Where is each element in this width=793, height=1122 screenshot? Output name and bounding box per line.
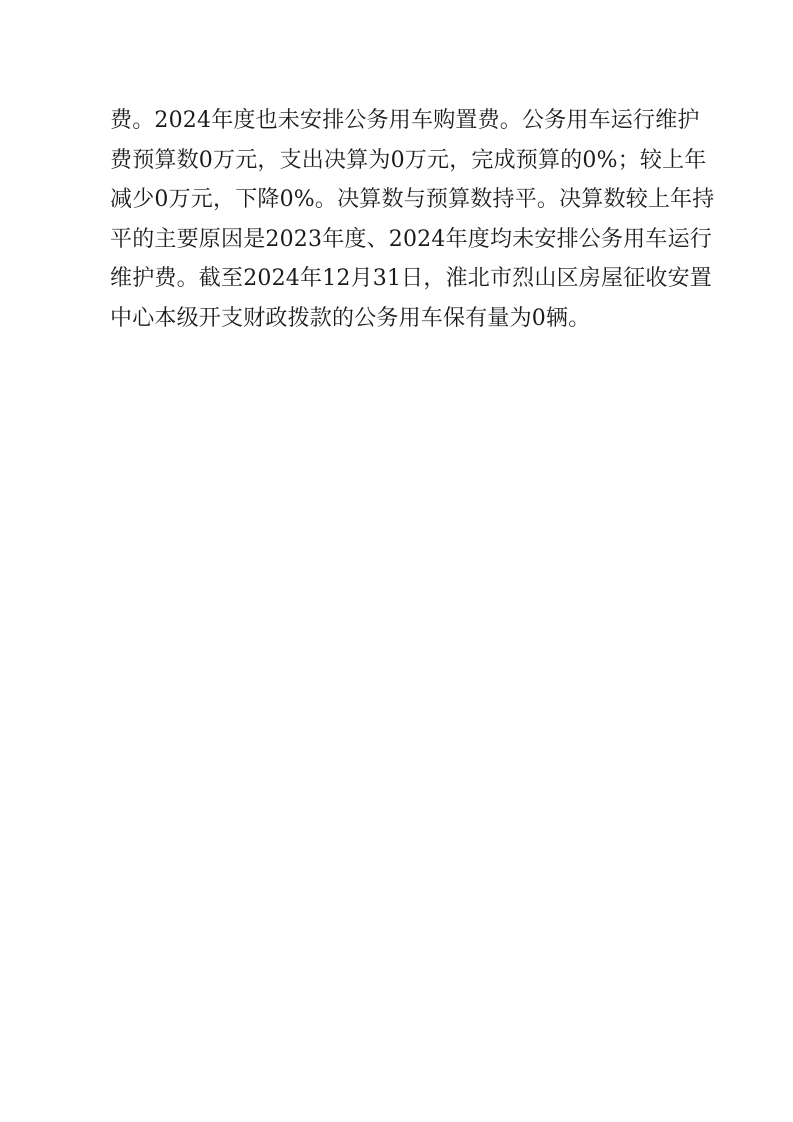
paragraph-line: 费预算数0万元，支出决算为0万元，完成预算的0%；较上年	[110, 141, 687, 181]
paragraph-line: 维护费。截至2024年12月31日，淮北市烈山区房屋征收安置	[110, 259, 687, 299]
paragraph-line: 平的主要原因是2023年度、2024年度均未安排公务用车运行	[110, 220, 687, 260]
paragraph-line: 费。2024年度也未安排公务用车购置费。公务用车运行维护	[110, 101, 687, 141]
paragraph-line: 减少0万元，下降0%。决算数与预算数持平。决算数较上年持	[110, 180, 687, 220]
document-page: 费。2024年度也未安排公务用车购置费。公务用车运行维护 费预算数0万元，支出决…	[0, 0, 793, 1122]
paragraph: 费。2024年度也未安排公务用车购置费。公务用车运行维护 费预算数0万元，支出决…	[110, 101, 687, 338]
paragraph-line: 中心本级开支财政拨款的公务用车保有量为0辆。	[110, 299, 687, 339]
